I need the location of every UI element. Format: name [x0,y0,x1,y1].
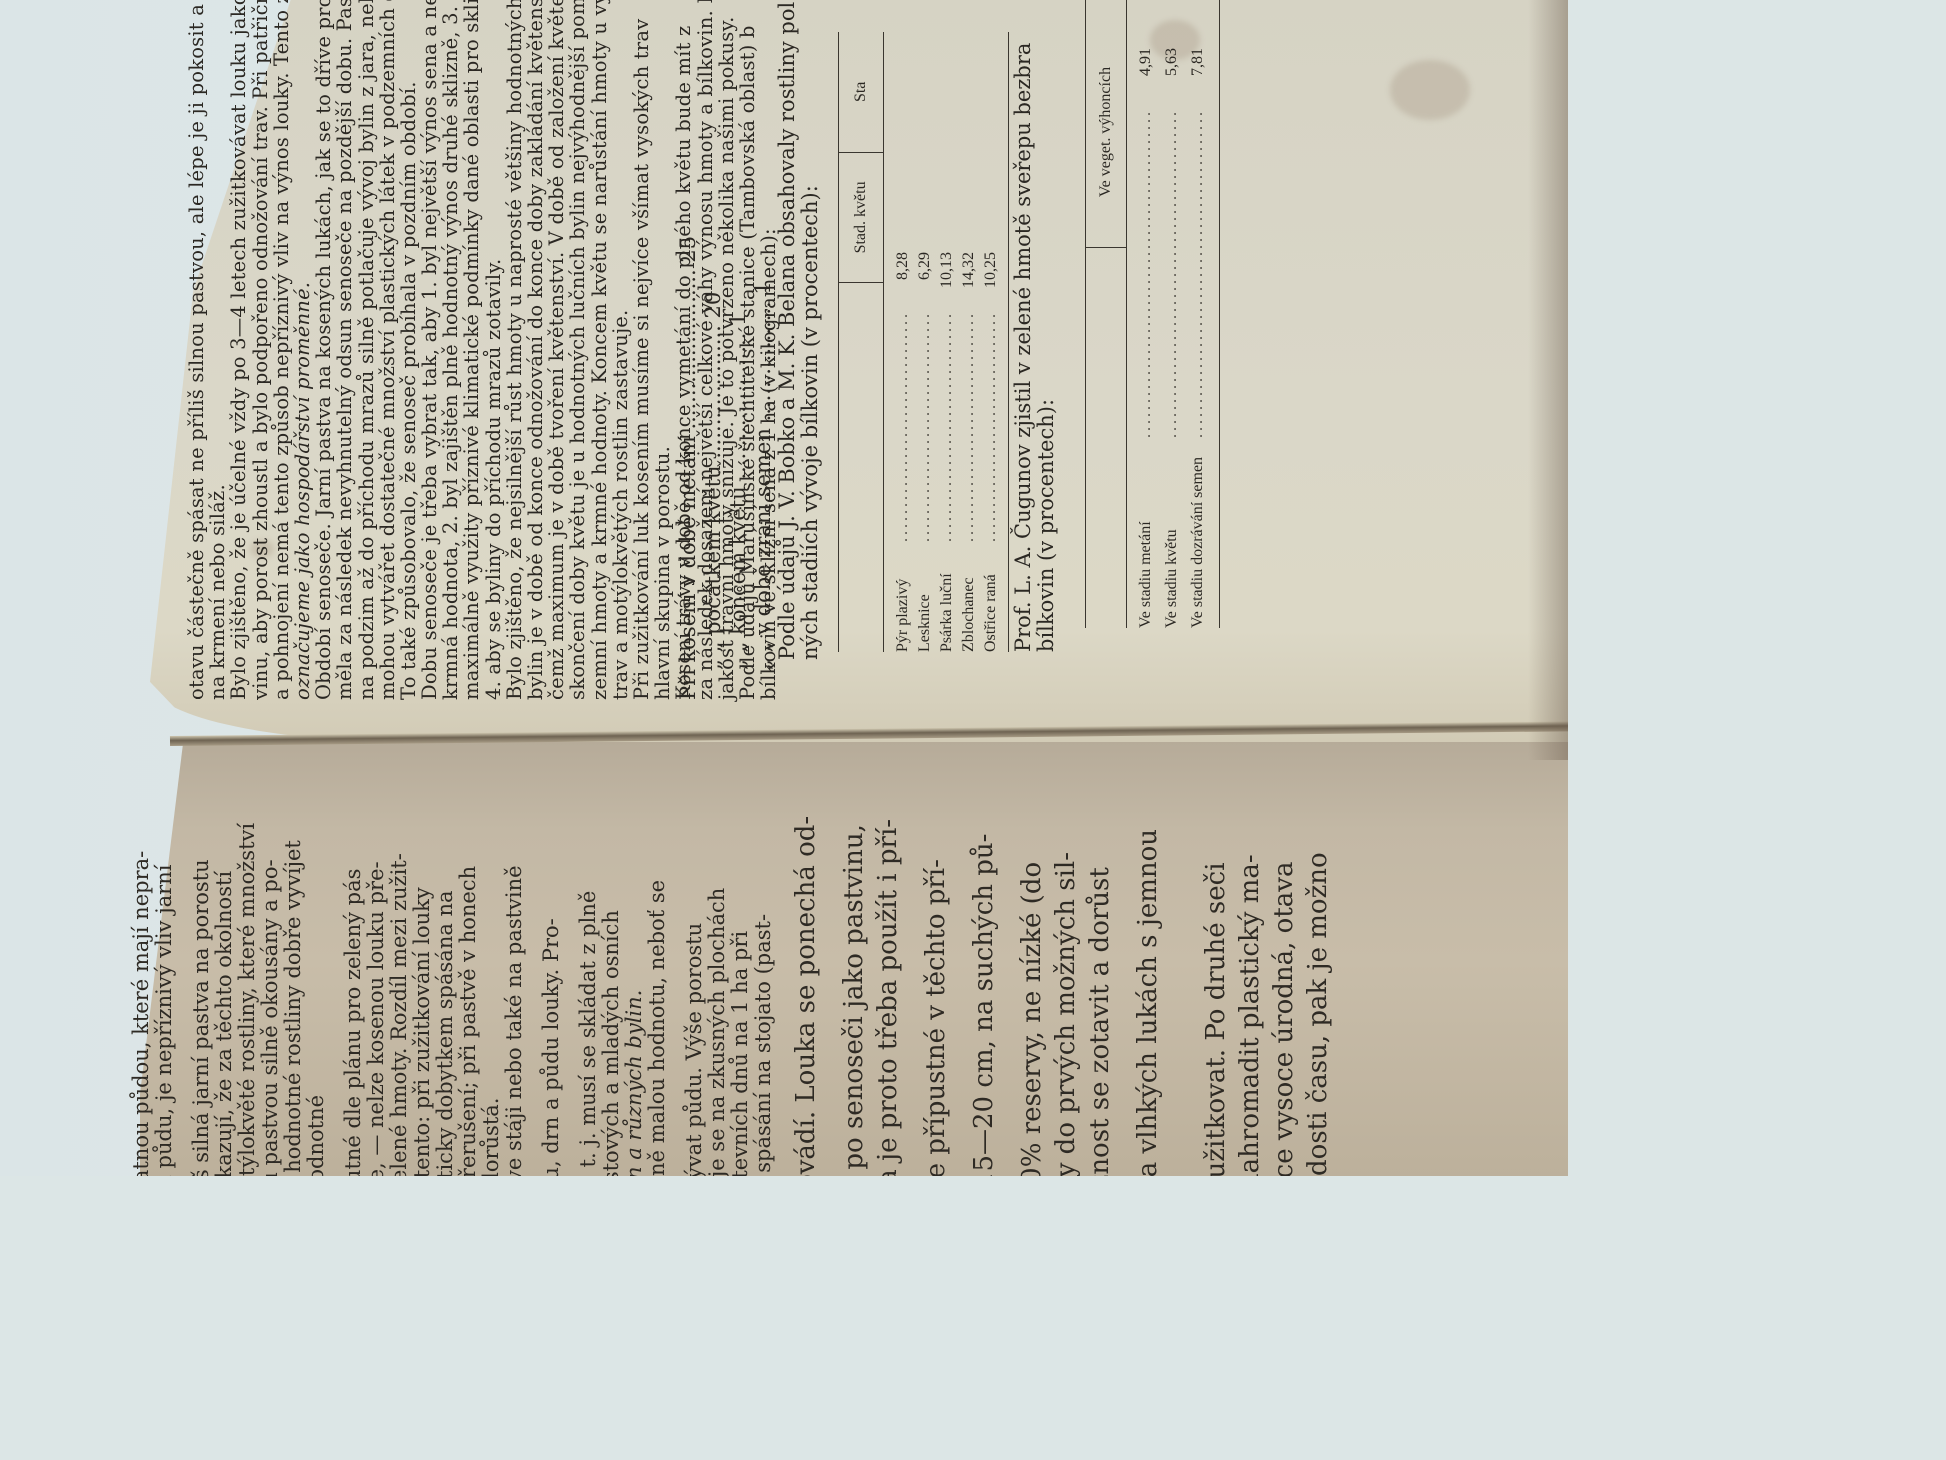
table-header-next-stage: Sta [839,32,883,152]
table-row: Zblochanec..............................… [958,32,980,652]
text-line: na krmení nebo siláž. [207,0,228,700]
text-line: ostlé na 15—20 cm, na suchých pů- [967,860,1001,1176]
text-line: vinu, aby porost zhoustl a bylo podpořen… [250,0,271,700]
text-line: měla za následek nevyhnutelný odsun seno… [334,0,355,700]
list-row: „ „ koncem květu ...................... … [726,0,751,700]
text-line: usy nám dokazují, že za těchto okolností [213,860,236,1176]
text-line: bylin je v době od konce odnožování do k… [525,0,546,700]
text-line: spásáním zelené hmoty. Rozdíl mezi zužit… [388,860,411,1176]
text-line: ou pastviny, t. j. musí se skládat z pln… [577,860,600,1176]
text-line: otava rychle, — nelze kosenou louku pře- [365,860,388,1176]
text-line: vořila, určuje se na zkusných plochách [706,860,729,1176]
text-line: dobytka je přípustné v těchto pří- [919,860,953,1176]
text-line: vat louku po senoseči jako pastvinu, [837,860,871,1176]
lower-page-paragraphs: olech se špatnou půdou, které mají nepra… [130,860,1335,1176]
text-line: —4 denním spásání na stojato (past- [752,860,775,1176]
text-line: mokrých a vlhkých lukách s jemnou [1131,860,1165,1176]
table-row: Pýr plazivý.............................… [892,32,914,652]
text-line: označujeme jako hospodářství proměnné. [292,0,313,700]
list-row: „ „ počátkem květu .................... … [701,0,726,700]
table-header-vegetative-shoots: Ve veget. výhoncích [1086,17,1126,247]
paper-stain [1390,60,1470,120]
text-line: na podzim až do příchodu mrazů silně pot… [356,0,377,700]
text-line: To také způsobovalo, že senoseč probíhal… [398,0,419,700]
text-line: Podle údajů J. V. Bobko a M. K. Belana o… [776,20,799,660]
text-line: nezbytně nutné dle plánu pro zelený pás [342,860,365,1176]
text-line: olech se špatnou půdou, které mají nepra… [130,860,153,1176]
text-line: počtu, aby do prvých možných sil- [1049,860,1083,1176]
book-photo: otavu částečně spásat ne příliš silnou p… [0,0,1568,1176]
text-line: a počet pastevních dnů na 1 ha při [729,860,752,1176]
text-line: trávy, a jsou pastvou silně okousány a p… [259,860,282,1176]
text-line: Bylo zjištěno, že nejsilnější růst hmoty… [504,0,525,700]
text-line: trav a motýlokvětých rostlin zastavuje. [610,0,631,700]
text-line: skončení doby květu je u hodnotných lučn… [567,0,588,700]
table-row: Psárka luční............................… [936,32,958,652]
table-row: Ostřice raná............................… [980,32,1002,652]
text-line: zcela nezužitkovat. Po druhé seči [1199,860,1233,1176]
text-line: hlavní skupina v porostu. [652,0,673,700]
text-line: tá, systematicky dobytkem spásána na [434,860,457,1176]
table-header: Ve veget. výhoncích [1085,0,1127,628]
text-line: ných stadiích vývoje bílkovin (v procent… [799,20,822,660]
text-line: pásáním je tento: při zužitkování louky [411,860,434,1176]
text-line: čemž maximum je v době tvoření květenstv… [546,0,567,700]
bobko-paragraph: Podle údajů J. V. Bobko a M. K. Belana o… [776,20,822,660]
text-line: obí neprovádí. Louka se ponechá od- [789,860,823,1176]
table-header-blank [839,282,883,652]
text-line: strávy a motýlokvěté rostliny, které mno… [236,860,259,1176]
harvest-yield-list: Při kosení v době metání ...............… [676,0,776,700]
text-line: vliv na trávu, drn a půdu louky. Pro- [540,860,563,1176]
text-line: do 75—80% reservy, ne nízké (do [1015,860,1049,1176]
text-line: vrstvě pokrývat půdu. Výše porostu [683,860,706,1176]
page-edge-shadow [1528,0,1568,760]
table-body: Pýr plazivý.............................… [884,32,1009,652]
list-row: „ „ v době zrání semen .................… [751,0,776,700]
text-line: vou. [1165,860,1199,1176]
text-line: bílkovin (v procentech): [1035,12,1058,652]
text-line: a pohnojení nemá tento způsob nepříznivý… [271,0,292,700]
text-line: odářství a je proto třeba použít i pří- [871,860,905,1176]
cugunov-paragraph: Prof. L. A. Čugunov zjistil v zelené hmo… [1012,12,1058,652]
text-line: ničž otava dorůstá. [480,860,503,1176]
text-line: Prof. L. A. Čugunov zjistil v zelené hmo… [1012,12,1035,652]
text-line: pupeny, nahromadit plastický ma- [1233,860,1267,1176]
table-body: Ve stadiu metání........................… [1127,0,1220,628]
text-line: tě na pastvině malou hodnotu, neboť se [646,860,669,1176]
text-line: mohou vytvářet dostatečné množství plast… [377,0,398,700]
text-line: ývá ještě dosti času, pak je možno [1301,860,1335,1176]
table-header-blank [1086,247,1126,628]
table-row: Ve stadiu květu.........................… [1159,0,1185,628]
text-line: m a ulehlou půdu, je nepříznivý vliv jar… [153,860,176,1176]
text-line: í, že nepříliš silná jarní pastva na por… [190,860,213,1176]
text-line: Bylo zjištěno, že je účelné vždy po 3—4 … [228,0,249,700]
text-line: 4. aby se byliny do příchodu mrazů zotav… [483,0,504,700]
table-row: Ve stadiu dozrávání semen...............… [1185,0,1211,628]
table-row: Ve stadiu metání........................… [1133,0,1159,628]
table-row: Lesknice................................… [914,32,936,652]
table-header: Stad. květu Sta [838,32,884,652]
text-line: ků trav, z listových a mladých osních [600,860,623,1176]
text-line: otavu částečně spásat ne příliš silnou p… [186,0,207,700]
text-line: da na louce vysoce úrodná, otava [1267,860,1301,1176]
table-header-flower-stage: Stad. květu [839,152,883,283]
text-line: í děje bez přerušení; při pastvě v honec… [457,860,480,1176]
text-line: Období senoseče. Jarní pastva na kosenýc… [313,0,334,700]
text-line: hemohou hodnotné [305,860,328,1176]
text-line: měly možnost se zotavit a dorůst [1083,860,1117,1176]
text-line: maximálně využity příznivé klimatické po… [461,0,482,700]
protein-table-stages: Ve veget. výhoncích Ve stadiu metání....… [1085,0,1220,628]
text-line: Při zužitkování luk kosením musíme si ne… [631,0,652,700]
text-line: krmná hodnota, 2. byl zajištěn plně hodn… [440,0,461,700]
text-line: zemní hmoty a krmné hodnoty. Koncem květ… [589,0,610,700]
lower-page-large-type: obí neprovádí. Louka se ponechá od- vat … [789,860,1335,1176]
text-line: růstat, jsou hodnotné rostliny dobře vyv… [282,860,305,1176]
protein-table-species: Stad. květu Sta Pýr plazivý.............… [838,32,1009,652]
text-line: na stojato, ve stáji nebo také na pastvi… [503,860,526,1176]
text-line: ětých rostlin a různých bylin. [623,860,646,1176]
text-line: Dobu senoseče je třeba vybrat tak, aby 1… [419,0,440,700]
list-row: Při kosení v době metání ...............… [676,0,701,700]
